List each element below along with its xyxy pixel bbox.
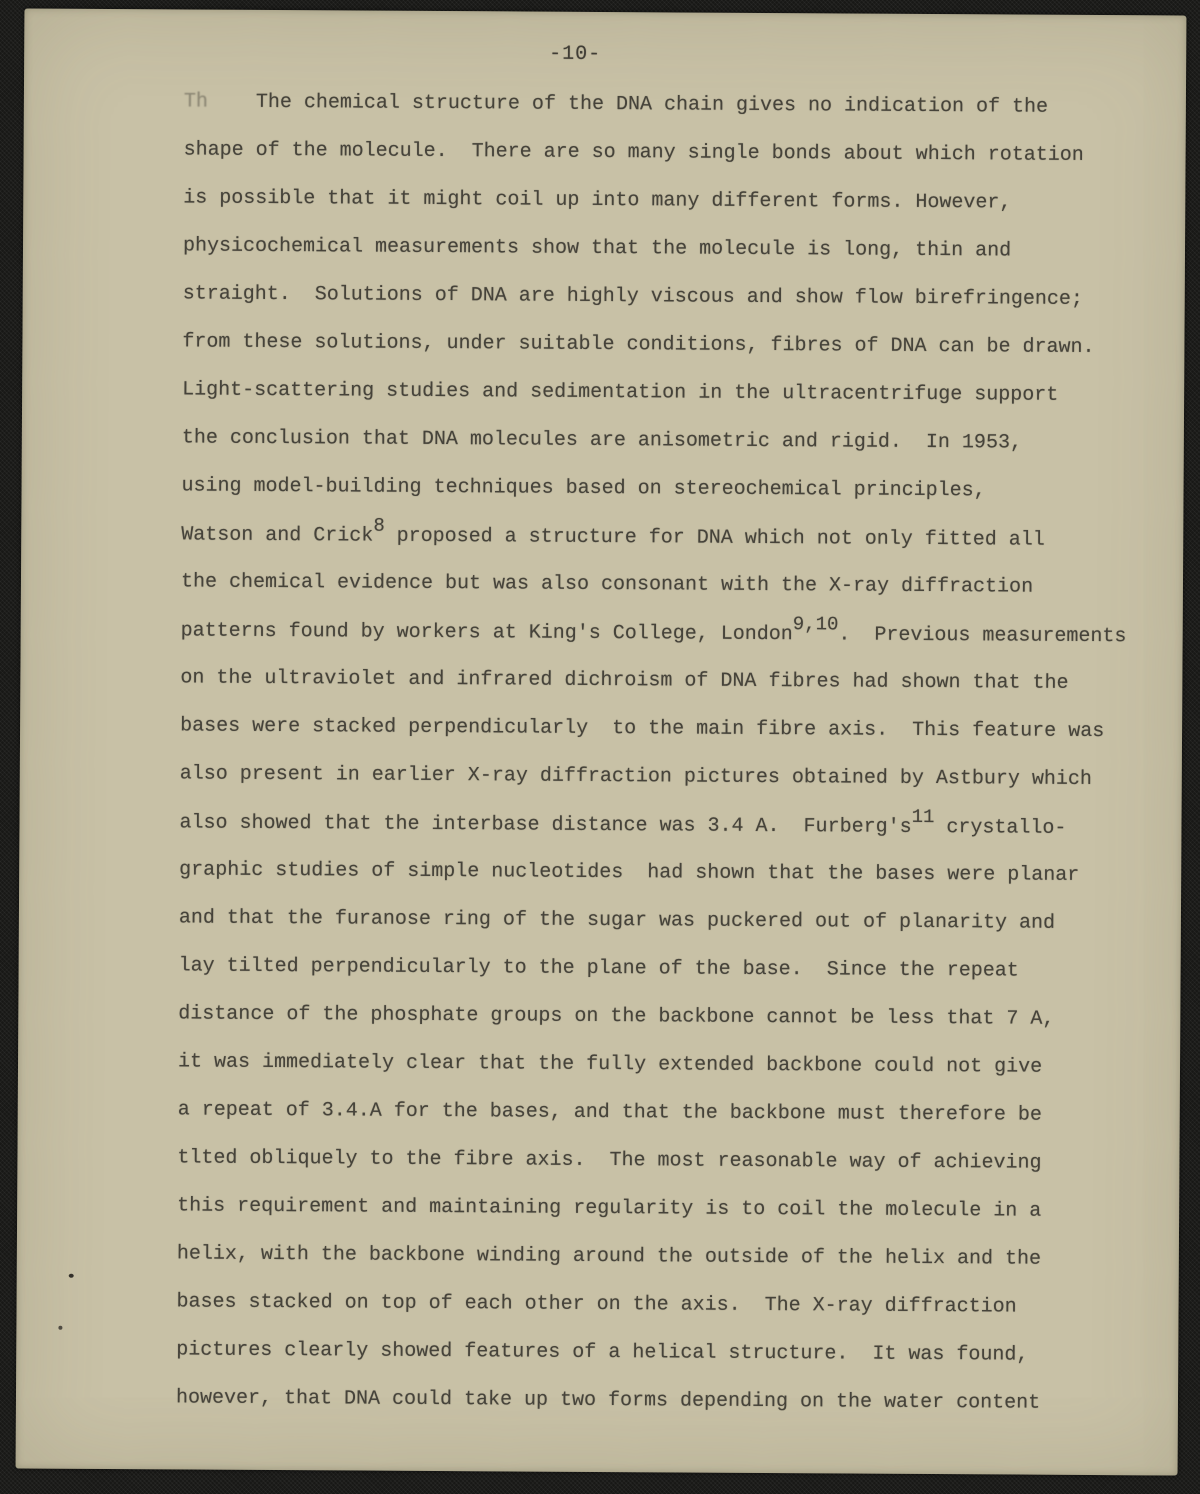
text-segment: . Previous measurements xyxy=(838,623,1126,648)
text-line: patterns found by workers at King's Coll… xyxy=(181,606,1127,660)
text-line: graphic studies of simple nucleotides ha… xyxy=(179,846,1125,900)
text-segment: also showed that the interbase distance … xyxy=(179,811,911,838)
text-segment: the chemical evidence but was also conso… xyxy=(181,570,1033,598)
text-segment: physicochemical measurements show that t… xyxy=(183,234,1011,262)
text-segment: tlted obliquely to the fibre axis. The m… xyxy=(177,1146,1041,1174)
text-line: distance of the phosphate groups on the … xyxy=(178,990,1124,1044)
text-line: this requirement and maintaining regular… xyxy=(177,1182,1123,1236)
text-segment: from these solutions, under suitable con… xyxy=(182,330,1094,359)
text-line: also showed that the interbase distance … xyxy=(179,798,1125,852)
text-segment: distance of the phosphate groups on the … xyxy=(178,1002,1054,1030)
text-line: bases stacked on top of each other on th… xyxy=(176,1278,1122,1332)
text-line: and that the furanose ring of the sugar … xyxy=(179,894,1125,948)
text-segment: is possible that it might coil up into m… xyxy=(183,186,1011,214)
text-segment: shape of the molecule. There are so many… xyxy=(184,138,1084,166)
superscript-reference: 9,10 xyxy=(793,613,839,635)
text-segment: and that the furanose ring of the sugar … xyxy=(179,906,1055,934)
scan-background: -10- Th The chemical structure of the DN… xyxy=(0,0,1200,1494)
text-segment: Watson and Crick xyxy=(181,523,373,547)
text-line: from these solutions, under suitable con… xyxy=(182,318,1128,372)
text-line: a repeat of 3.4.A for the bases, and tha… xyxy=(178,1086,1124,1140)
text-line: shape of the molecule. There are so many… xyxy=(183,126,1129,180)
text-line: straight. Solutions of DNA are highly vi… xyxy=(183,270,1129,324)
text-segment: patterns found by workers at King's Coll… xyxy=(181,619,793,646)
superscript-reference: 8 xyxy=(373,515,385,537)
document-page: -10- Th The chemical structure of the DN… xyxy=(16,8,1187,1475)
superscript-reference: 11 xyxy=(912,806,935,828)
text-line: Light-scattering studies and sedimentati… xyxy=(182,366,1128,420)
text-line: tlted obliquely to the fibre axis. The m… xyxy=(177,1134,1123,1188)
text-segment: lay tilted perpendicularly to the plane … xyxy=(179,954,1019,982)
text-line: is possible that it might coil up into m… xyxy=(183,174,1129,228)
text-segment: The chemical structure of the DNA chain … xyxy=(208,91,1048,119)
text-line: using model-building techniques based on… xyxy=(181,462,1127,516)
typed-paragraph: Th The chemical structure of the DNA cha… xyxy=(176,78,1130,1428)
text-line: physicochemical measurements show that t… xyxy=(183,222,1129,276)
text-segment: Light-scattering studies and sedimentati… xyxy=(182,378,1058,406)
text-segment: proposed a structure for DNA which not o… xyxy=(385,525,1045,552)
text-segment: graphic studies of simple nucleotides ha… xyxy=(179,858,1079,886)
text-segment: crystallo- xyxy=(934,816,1066,840)
page-number: -10- xyxy=(549,45,601,65)
text-line: lay tilted perpendicularly to the plane … xyxy=(178,942,1124,996)
text-segment: Th xyxy=(184,90,208,113)
text-segment: this requirement and maintaining regular… xyxy=(177,1194,1041,1222)
text-line: Th The chemical structure of the DNA cha… xyxy=(184,78,1130,132)
ink-speck xyxy=(69,1274,74,1278)
text-line: it was immediately clear that the fully … xyxy=(178,1038,1124,1092)
text-segment: however, that DNA could take up two form… xyxy=(176,1386,1040,1414)
text-line: helix, with the backbone winding around … xyxy=(177,1230,1123,1284)
text-segment: also present in earlier X-ray diffractio… xyxy=(180,762,1092,791)
text-line: the chemical evidence but was also conso… xyxy=(181,558,1127,612)
text-segment: it was immediately clear that the fully … xyxy=(178,1050,1042,1078)
text-line: pictures clearly showed features of a he… xyxy=(176,1326,1122,1380)
text-line: the conclusion that DNA molecules are an… xyxy=(182,414,1128,468)
text-line: bases were stacked perpendicularly to th… xyxy=(180,702,1126,756)
text-segment: on the ultraviolet and infrared dichrois… xyxy=(180,666,1068,694)
text-segment: bases were stacked perpendicularly to th… xyxy=(180,714,1104,743)
text-line: also present in earlier X-ray diffractio… xyxy=(180,750,1126,804)
text-line: Watson and Crick8 proposed a structure f… xyxy=(181,510,1127,564)
text-line: on the ultraviolet and infrared dichrois… xyxy=(180,654,1126,708)
ink-speck xyxy=(58,1326,62,1330)
text-line: however, that DNA could take up two form… xyxy=(176,1374,1122,1428)
text-segment: straight. Solutions of DNA are highly vi… xyxy=(183,282,1083,310)
text-segment: helix, with the backbone winding around … xyxy=(177,1242,1041,1270)
text-segment: the conclusion that DNA molecules are an… xyxy=(182,426,1022,454)
text-segment: using model-building techniques based on… xyxy=(181,474,985,502)
text-segment: bases stacked on top of each other on th… xyxy=(177,1290,1017,1318)
text-segment: a repeat of 3.4.A for the bases, and tha… xyxy=(178,1098,1042,1126)
text-segment: pictures clearly showed features of a he… xyxy=(176,1338,1028,1366)
